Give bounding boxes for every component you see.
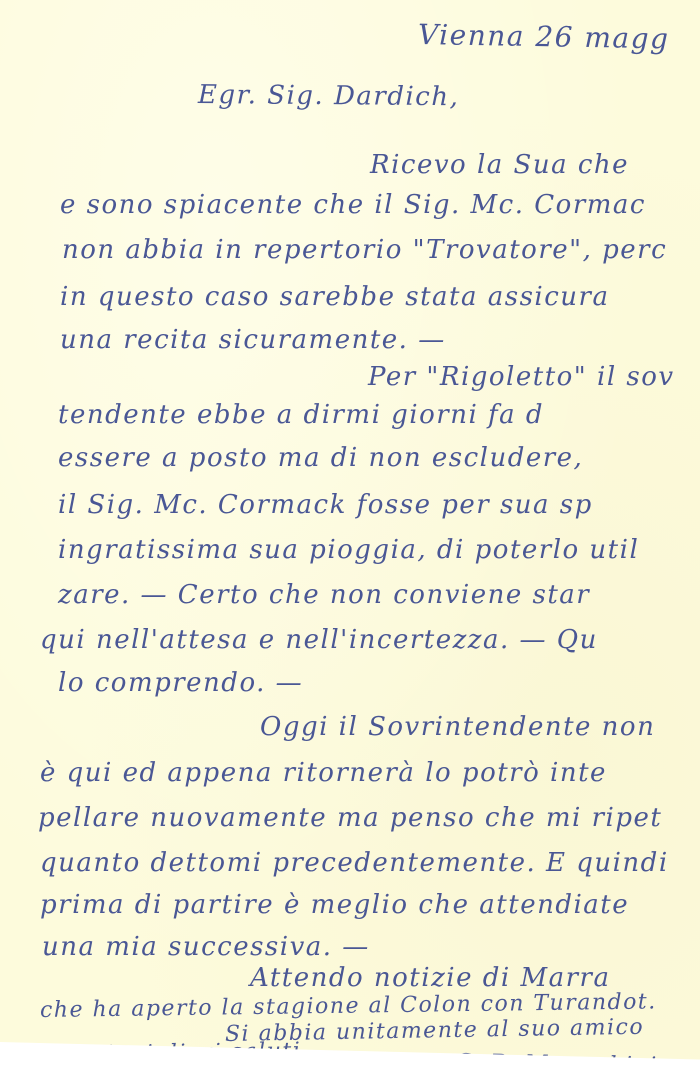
- body-line-14: Oggi il Sovrintendente non: [260, 712, 655, 742]
- body-line-8: essere a posto ma di non escludere,: [58, 443, 583, 473]
- closing-line-2: i miei migliori saluti: [44, 1039, 302, 1068]
- body-line-13: lo comprendo. —: [58, 668, 303, 698]
- body-line-6: Per "Rigoletto" il sov: [368, 362, 675, 392]
- body-line-4: in questo caso sarebbe stata assicura: [60, 282, 609, 312]
- signature: G. B. Meneghini: [455, 1050, 658, 1079]
- body-line-11: zare. — Certo che non conviene star: [58, 580, 590, 610]
- body-line-19: una mia successiva. —: [42, 932, 370, 962]
- body-line-5: una recita sicuramente. —: [60, 325, 446, 355]
- body-line-16: pellare nuovamente ma penso che mi ripet: [38, 803, 662, 833]
- body-line-1: Ricevo la Sua che: [370, 150, 629, 180]
- body-line-18: prima di partire è meglio che attendiate: [40, 890, 629, 920]
- body-line-3: non abbia in repertorio "Trovatore", per…: [62, 235, 667, 265]
- letter-paper: Vienna 26 magg Egr. Sig. Dardich, Ricevo…: [0, 0, 700, 1090]
- body-line-17: quanto dettomi precedentemente. E quindi: [40, 848, 669, 878]
- body-line-7: tendente ebbe a dirmi giorni fa d: [58, 400, 544, 430]
- body-line-12: qui nell'attesa e nell'incertezza. — Qu: [40, 625, 598, 655]
- body-line-9: il Sig. Mc. Cormack fosse per sua sp: [58, 490, 593, 520]
- body-line-20: Attendo notizie di Marra: [250, 963, 610, 993]
- body-line-10: ingratissima sua pioggia, di poterlo uti…: [58, 535, 639, 565]
- body-line-2: e sono spiacente che il Sig. Mc. Cormac: [60, 190, 646, 220]
- place-date: Vienna 26 magg: [418, 18, 670, 55]
- salutation: Egr. Sig. Dardich,: [198, 80, 460, 112]
- body-line-15: è qui ed appena ritornerà lo potrò inte: [40, 758, 607, 788]
